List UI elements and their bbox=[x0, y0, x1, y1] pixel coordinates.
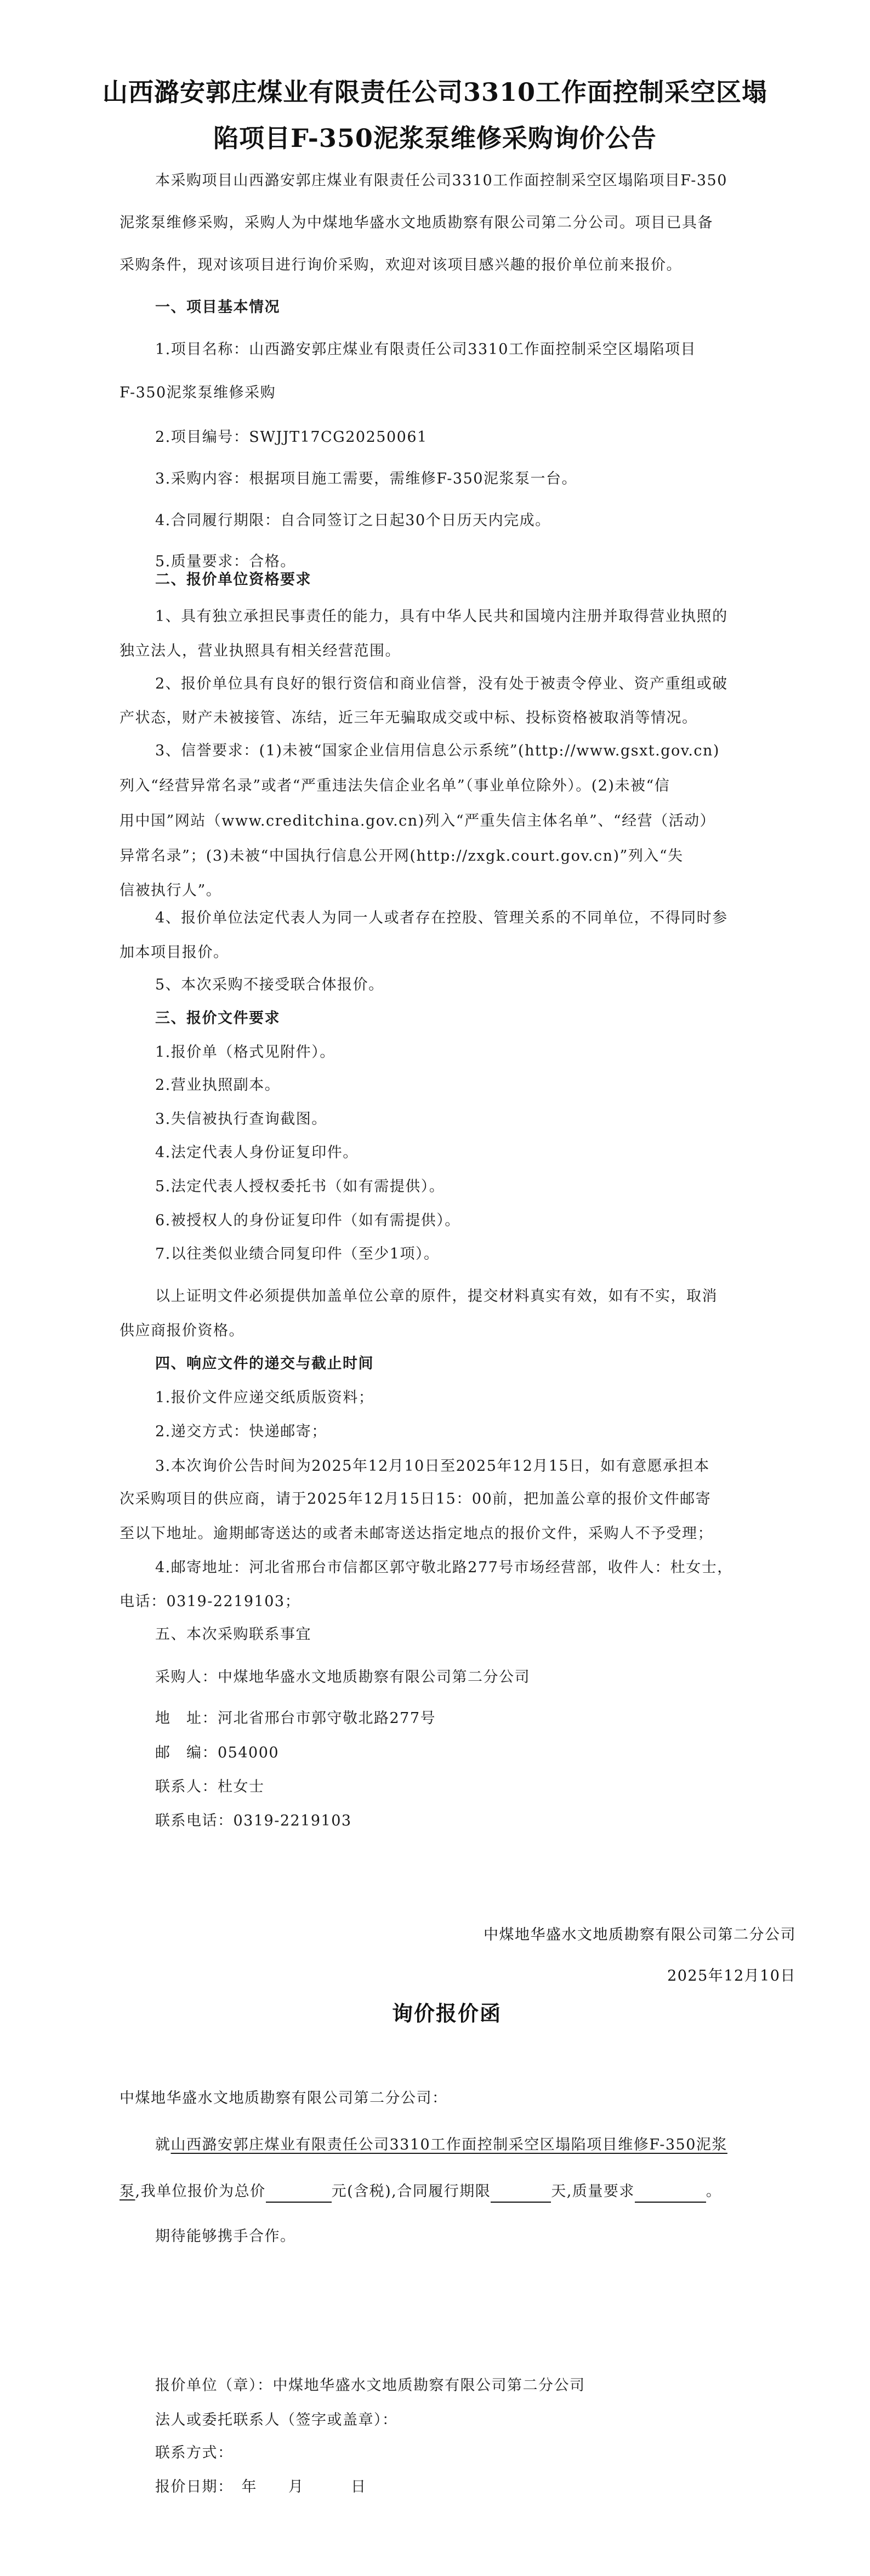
qualification-line: 3、信誉要求：(1)未被“国家企业信用信息公示系统”(http://www.gs… bbox=[155, 740, 720, 762]
submission-line: 至以下地址。逾期邮寄送达的或者未邮寄送达指定地点的报价文件，采购人不予受理； bbox=[120, 1523, 713, 1545]
documents-note: 供应商报价资格。 bbox=[120, 1320, 244, 1342]
submission-line: 1.报价文件应递交纸质版资料； bbox=[155, 1387, 374, 1409]
documents-note: 以上证明文件必须提供加盖单位公章的原件，提交材料真实有效，如有不实，取消 bbox=[155, 1286, 718, 1307]
quote-field-representative: 法人或委托联系人（签字或盖章）： bbox=[155, 2409, 398, 2431]
quote-body-text: ,我单位报价为总价 bbox=[135, 2183, 266, 2200]
quote-project-name: 山西潞安郭庄煤业有限责任公司3310工作面控制采空区塌陷项目维修F-350泥浆 bbox=[171, 2136, 727, 2153]
intro-line: 采购条件，现对该项目进行询价采购，欢迎对该项目感兴趣的报价单位前来报价。 bbox=[120, 254, 682, 276]
qualification-line: 1、具有独立承担民事责任的能力，具有中华人民共和国境内注册并取得营业执照的 bbox=[155, 606, 728, 628]
document-item: 6.被授权人的身份证复印件（如有需提供）。 bbox=[155, 1210, 460, 1232]
quote-body-text: 天,质量要求 bbox=[551, 2183, 635, 2200]
submission-line: 次采购项目的供应商，请于2025年12月15日15：00前，把加盖公章的报价文件… bbox=[120, 1488, 711, 1510]
document-item: 5.法定代表人授权委托书（如有需提供）。 bbox=[155, 1176, 445, 1198]
document-item: 3.失信被执行查询截图。 bbox=[155, 1108, 327, 1130]
section-heading-qualification: 二、报价单位资格要求 bbox=[155, 569, 311, 591]
qualification-line: 信被执行人”。 bbox=[120, 880, 221, 902]
contract-period: 4.合同履行期限：自合同签订之日起30个日历天内完成。 bbox=[155, 510, 551, 532]
project-name-cont: F-350泥浆泵维修采购 bbox=[120, 382, 276, 404]
quote-field-contact: 联系方式： bbox=[155, 2442, 234, 2464]
contact-address: 地 址：河北省邢台市郭守敬北路277号 bbox=[155, 1708, 436, 1730]
document-item: 7.以往类似业绩合同复印件（至少1项）。 bbox=[155, 1243, 439, 1265]
procurement-content: 3.采购内容：根据项目施工需要，需维修F-350泥浆泵一台。 bbox=[155, 468, 577, 490]
quote-letter-closing: 期待能够携手合作。 bbox=[155, 2226, 296, 2248]
intro-line: 本采购项目山西潞安郭庄煤业有限责任公司3310工作面控制采空区塌陷项目F-350 bbox=[155, 170, 727, 192]
document-title-line-1: 山西潞安郭庄煤业有限责任公司3310工作面控制采空区塌 bbox=[0, 76, 870, 109]
qualification-line: 独立法人，营业执照具有相关经营范围。 bbox=[120, 640, 401, 662]
quote-body-text: 。 bbox=[706, 2183, 722, 2200]
quote-field-unit: 报价单位（章）：中煤地华盛水文地质勘察有限公司第二分公司 bbox=[155, 2375, 585, 2397]
quote-body-prefix: 就 bbox=[155, 2136, 171, 2153]
submission-line: 4.邮寄地址：河北省邢台市信都区郭守敬北路277号市场经营部，收件人：杜女士， bbox=[155, 1557, 733, 1579]
document-title-line-2: 陷项目F-350泥浆泵维修采购询价公告 bbox=[0, 122, 870, 155]
quote-letter-body-line-1: 就山西潞安郭庄煤业有限责任公司3310工作面控制采空区塌陷项目维修F-350泥浆 bbox=[155, 2134, 727, 2156]
submission-line: 电话：0319-2219103； bbox=[120, 1591, 300, 1613]
contact-postcode: 邮 编：054000 bbox=[155, 1742, 279, 1764]
signature-date: 2025年12月10日 bbox=[667, 1965, 796, 1987]
quote-letter-addressee: 中煤地华盛水文地质勘察有限公司第二分公司： bbox=[120, 2088, 448, 2109]
section-heading-basic-info: 一、项目基本情况 bbox=[155, 297, 280, 319]
submission-line: 2.递交方式：快递邮寄； bbox=[155, 1421, 327, 1443]
section-heading-submission: 四、响应文件的递交与截止时间 bbox=[155, 1353, 374, 1375]
quote-letter-title: 询价报价函 bbox=[392, 2000, 502, 2027]
total-price-blank[interactable] bbox=[266, 2185, 332, 2203]
quote-project-name-cont: 泵 bbox=[120, 2183, 135, 2200]
contact-person: 联系人：杜女士 bbox=[155, 1776, 265, 1798]
document-item: 2.营业执照副本。 bbox=[155, 1074, 280, 1096]
quote-field-date: 报价日期： 年 月 日 bbox=[155, 2476, 367, 2498]
section-heading-documents: 三、报价文件要求 bbox=[155, 1008, 280, 1030]
project-number: 2.项目编号：SWJJT17CG20250061 bbox=[155, 427, 428, 448]
contract-days-blank[interactable] bbox=[491, 2185, 551, 2203]
qualification-line: 列入“经营异常名录”或者“严重违法失信企业名单”（事业单位除外）。(2)未被“信 bbox=[120, 775, 670, 797]
qualification-line: 5、本次采购不接受联合体报价。 bbox=[155, 974, 384, 996]
contact-purchaser: 采购人：中煤地华盛水文地质勘察有限公司第二分公司 bbox=[155, 1667, 530, 1688]
qualification-line: 4、报价单位法定代表人为同一人或者存在控股、管理关系的不同单位，不得同时参 bbox=[155, 907, 728, 929]
qualification-line: 用中国”网站（www.creditchina.gov.cn)列入“严重失信主体名… bbox=[120, 810, 715, 832]
qualification-line: 加本项目报价。 bbox=[120, 942, 229, 964]
document-page: 山西潞安郭庄煤业有限责任公司3310工作面控制采空区塌 陷项目F-350泥浆泵维… bbox=[0, 0, 870, 2576]
quality-requirement-blank[interactable] bbox=[635, 2185, 706, 2203]
contact-phone: 联系电话：0319-2219103 bbox=[155, 1810, 352, 1832]
quote-letter-body-line-2: 泵,我单位报价为总价元(含税),合同履行期限天,质量要求。 bbox=[120, 2181, 721, 2203]
signature-org: 中煤地华盛水文地质勘察有限公司第二分公司 bbox=[484, 1924, 796, 1946]
intro-line: 泥浆泵维修采购，采购人为中煤地华盛水文地质勘察有限公司第二分公司。项目已具备 bbox=[120, 212, 713, 234]
qualification-line: 产状态，财产未被接管、冻结，近三年无骗取成交或中标、投标资格被取消等情况。 bbox=[120, 707, 698, 729]
document-item: 4.法定代表人身份证复印件。 bbox=[155, 1142, 359, 1164]
project-name: 1.项目名称：山西潞安郭庄煤业有限责任公司3310工作面控制采空区塌陷项目 bbox=[155, 339, 696, 361]
document-item: 1.报价单（格式见附件）。 bbox=[155, 1042, 336, 1064]
qualification-line: 2、报价单位具有良好的银行资信和商业信誉，没有处于被责令停业、资产重组或破 bbox=[155, 673, 728, 695]
section-heading-contact: 五、本次采购联系事宜 bbox=[155, 1624, 311, 1646]
qualification-line: 异常名录”；(3)未被“中国执行信息公开网(http://zxgk.court.… bbox=[120, 845, 684, 867]
quote-body-text: 元(含税),合同履行期限 bbox=[332, 2183, 491, 2200]
submission-line: 3.本次询价公告时间为2025年12月10日至2025年12月15日，如有意愿承… bbox=[155, 1455, 710, 1477]
